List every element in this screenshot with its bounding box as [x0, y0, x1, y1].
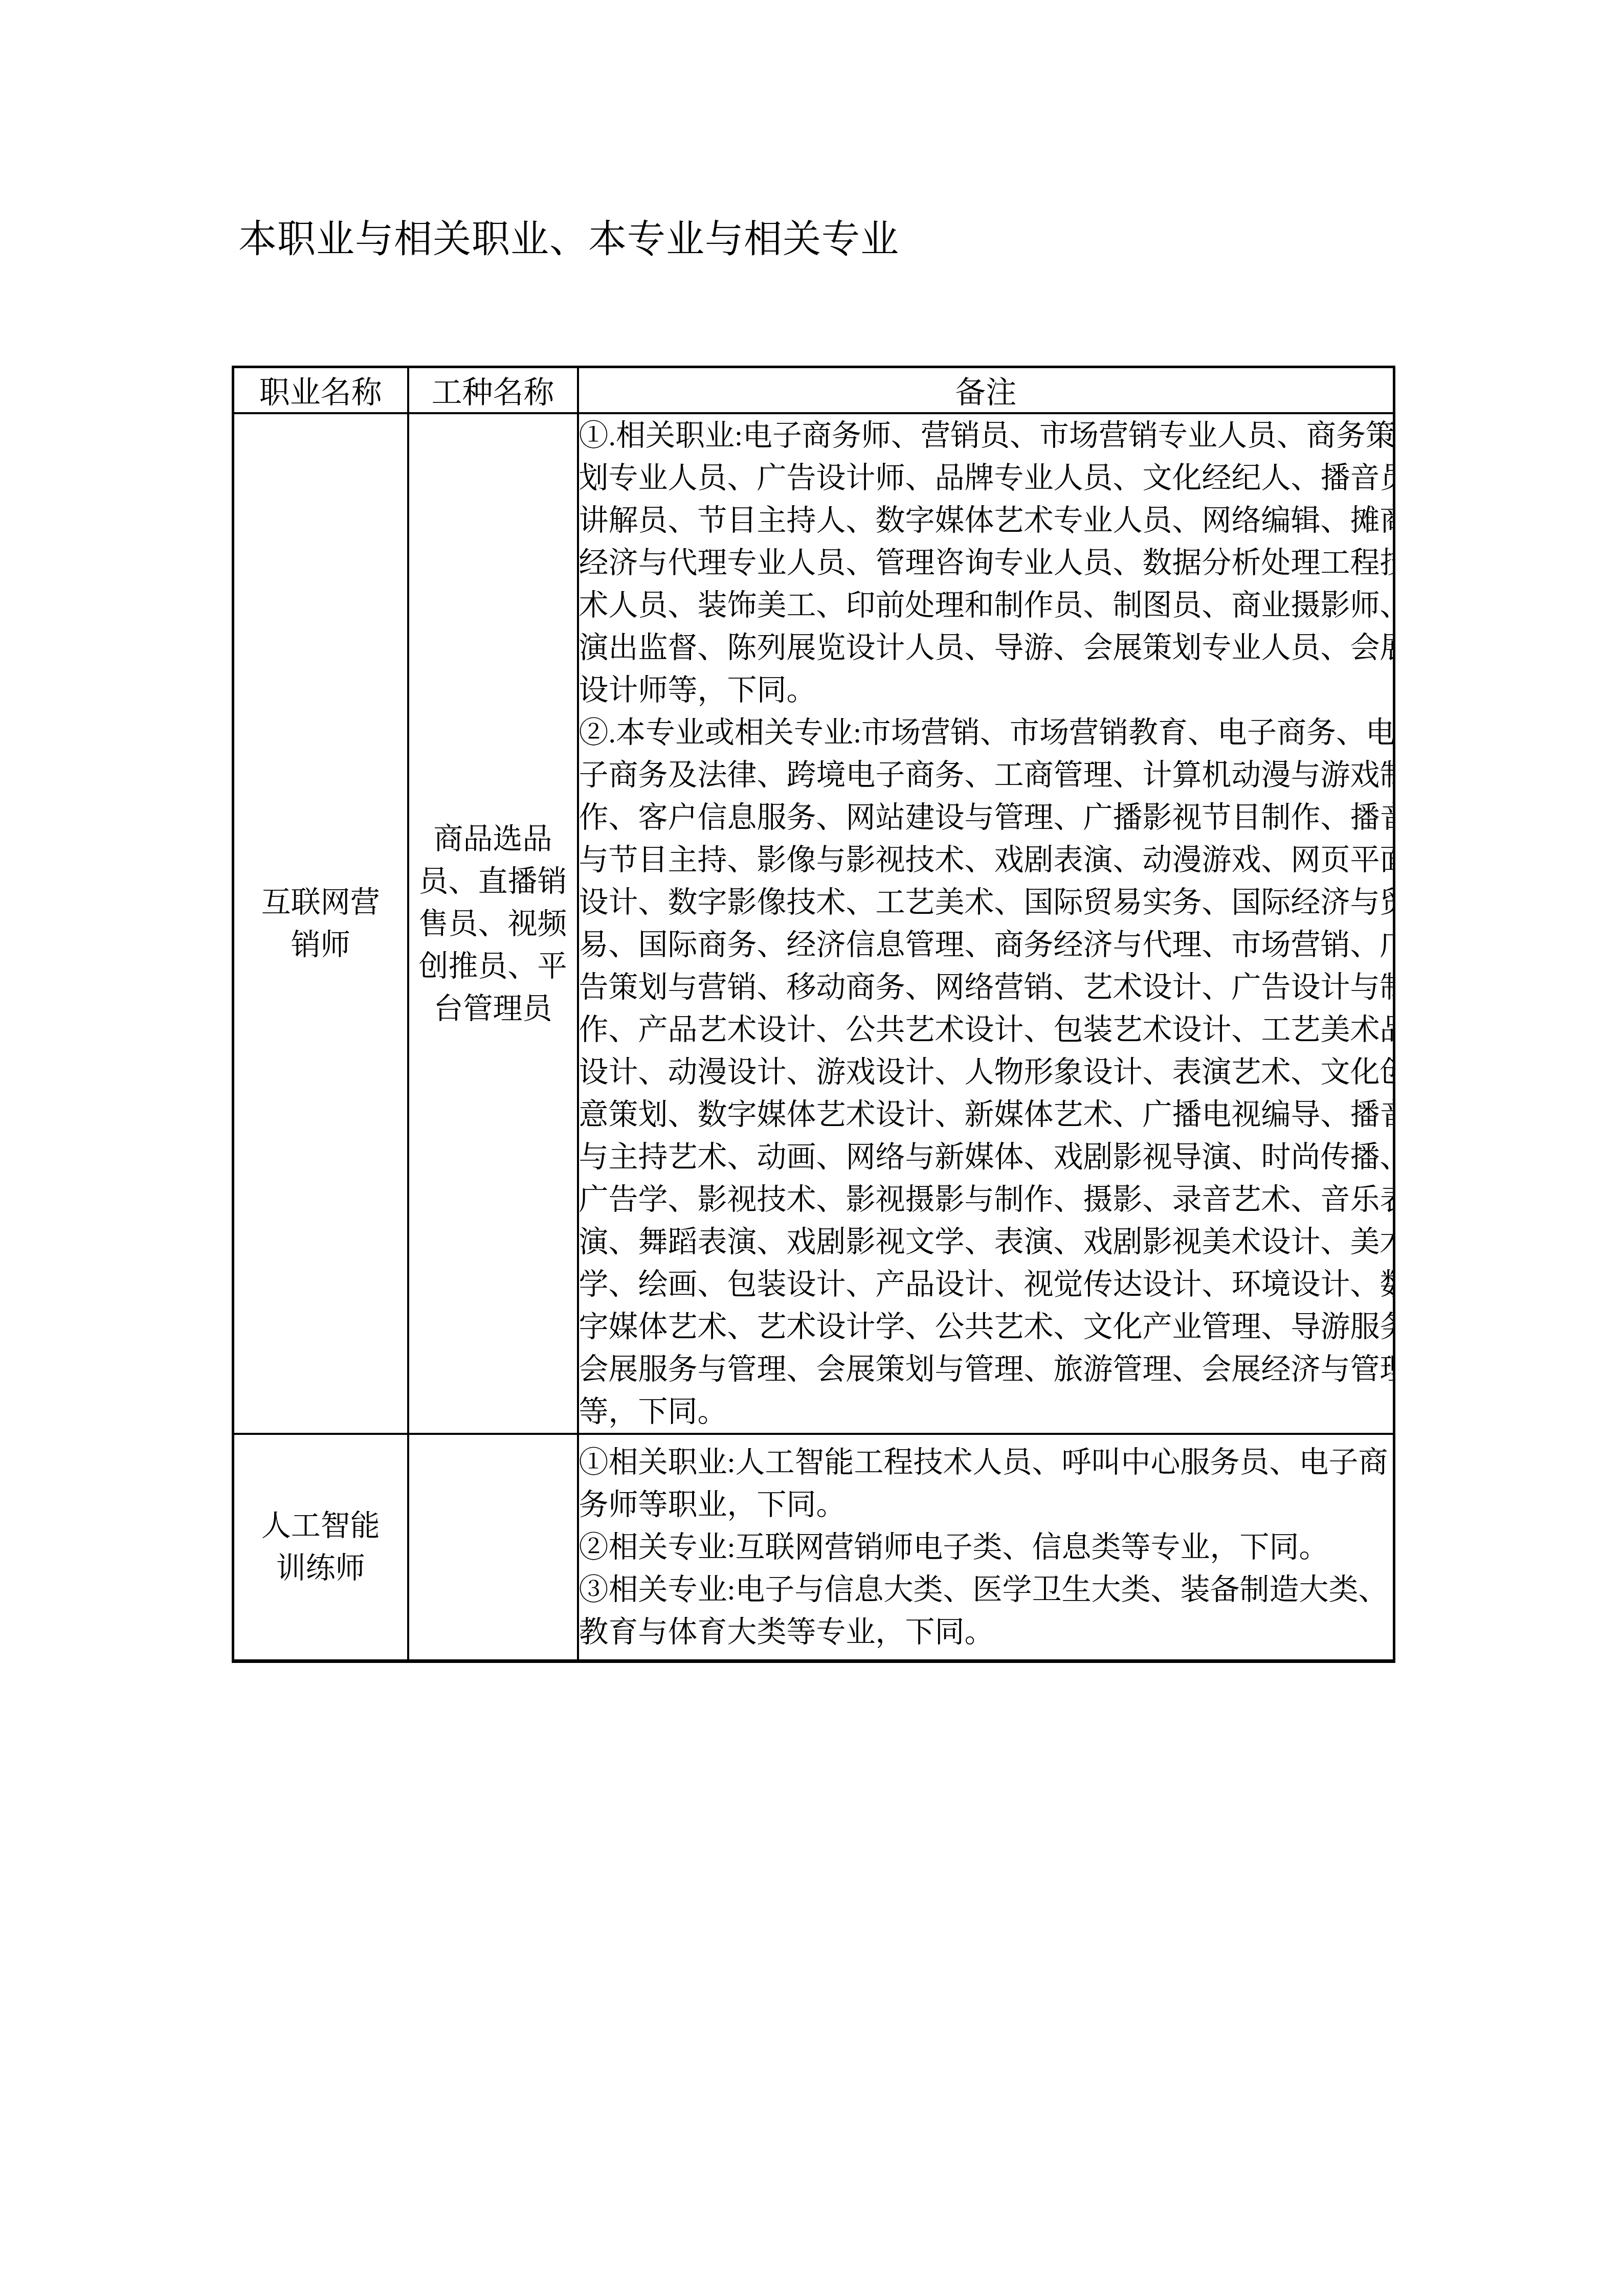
document-page: 本职业与相关职业、本专业与相关专业 职业名称 工种名称 备注 互联网营 销师 商…	[0, 0, 1624, 2296]
occupation-name-cell: 互联网营 销师	[233, 413, 408, 1434]
header-occupation-name: 职业名称	[233, 367, 408, 414]
trade-names-cell: 商品选品 员、直播销 售员、视频 创推员、平 台管理员	[408, 413, 578, 1434]
header-remark: 备注	[578, 367, 1394, 414]
header-trade-name: 工种名称	[408, 367, 578, 414]
occupation-name-cell: 人工智能 训练师	[233, 1434, 408, 1661]
trade-names-cell	[408, 1434, 578, 1661]
occupation-table: 职业名称 工种名称 备注 互联网营 销师 商品选品 员、直播销 售员、视频 创推…	[232, 366, 1395, 1663]
table-header-row: 职业名称 工种名称 备注	[233, 367, 1394, 414]
table-row-ai-trainer: 人工智能 训练师 ①相关职业:人工智能工程技术人员、呼叫中心服务员、电子商 务师…	[233, 1434, 1394, 1661]
remark-cell: ①相关职业:人工智能工程技术人员、呼叫中心服务员、电子商 务师等职业，下同。 ②…	[578, 1434, 1394, 1661]
table-row-internet-marketer: 互联网营 销师 商品选品 员、直播销 售员、视频 创推员、平 台管理员 ①.相关…	[233, 413, 1394, 1434]
remark-cell: ①.相关职业:电子商务师、营销员、市场营销专业人员、商务策 划专业人员、广告设计…	[578, 413, 1394, 1434]
page-title: 本职业与相关职业、本专业与相关专业	[238, 209, 899, 263]
